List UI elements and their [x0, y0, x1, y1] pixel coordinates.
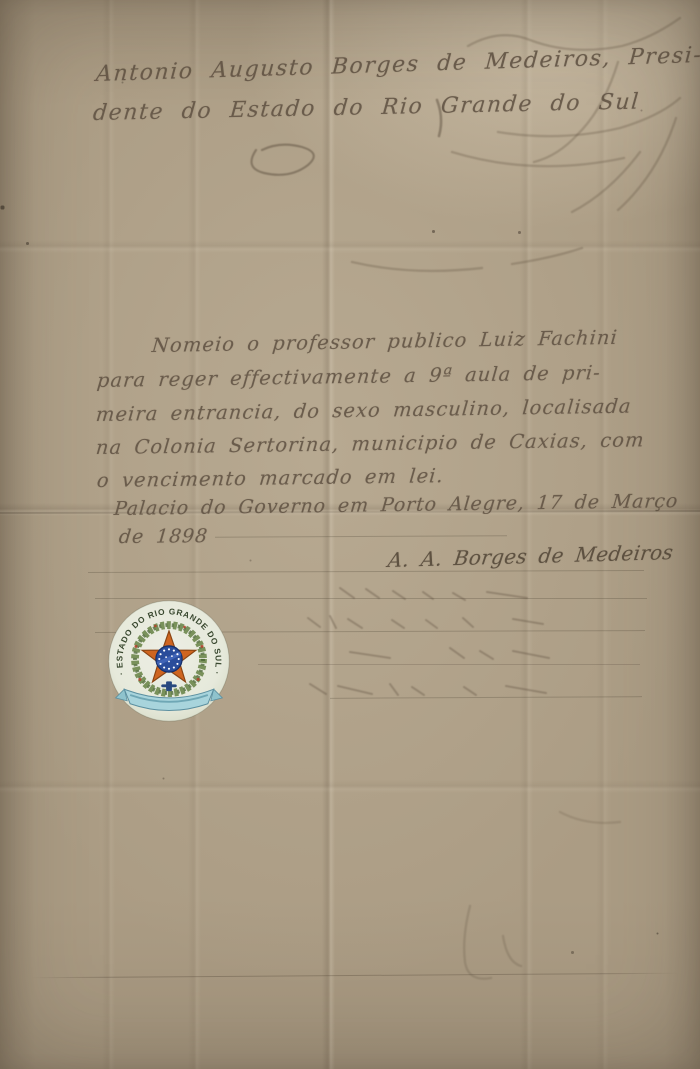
vertical-fold-crease — [102, 0, 115, 1069]
decree-body-line: na Colonia Sertorina, municipio de Caxia… — [95, 428, 646, 459]
place-date-line: de 1898 — [118, 525, 209, 548]
opening-line: dente do Estado do Rio Grande do Sul — [92, 90, 641, 127]
vertical-fold-crease-center — [322, 0, 335, 1069]
decree-body-line: meira entrancia, do sexo masculino, loca… — [95, 395, 633, 426]
ink-bleed-through-marks — [0, 0, 700, 1069]
decree-body-line: para reger effectivamente a 9ª aula de p… — [96, 361, 602, 392]
signature: A. A. Borges de Medeiros — [386, 540, 674, 572]
vertical-fold-crease — [520, 0, 533, 1069]
seal-celestial-disc — [156, 646, 182, 672]
horizontal-fold-crease — [0, 240, 700, 253]
ruled-line — [330, 696, 642, 699]
horizontal-fold-crease — [0, 780, 700, 793]
vertical-fold-crease — [596, 0, 609, 1069]
photo-vignette — [0, 0, 700, 1069]
paper-speckles — [0, 0, 1, 1]
place-date-line: Palacio do Governo em Porto Alegre, 17 d… — [113, 490, 679, 520]
opening-line: Antonio Augusto Borges de Medeiros, Pres… — [95, 43, 700, 87]
ruled-line — [215, 535, 507, 538]
document-photo: Antonio Augusto Borges de Medeiros, Pres… — [0, 0, 700, 1069]
state-seal: · ESTADO DO RIO GRANDE DO SUL · — [101, 596, 237, 726]
decree-body-line: o vencimento marcado em lei. — [96, 464, 445, 492]
horizontal-crease-line — [30, 973, 680, 979]
ruled-line — [258, 664, 640, 665]
decree-body-line: Nomeio o professor publico Luiz Fachini — [151, 326, 619, 357]
ruled-line — [88, 570, 644, 573]
